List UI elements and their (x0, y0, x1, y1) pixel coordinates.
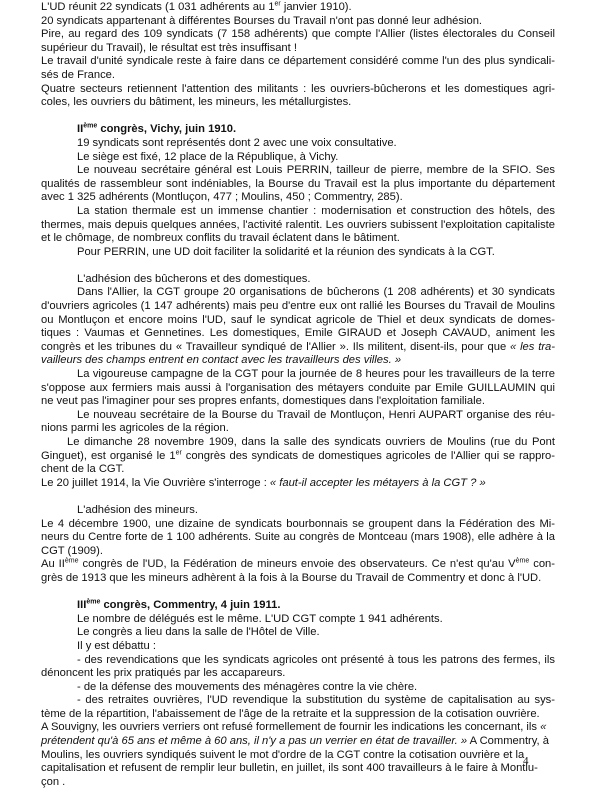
paragraph: Au IIème congrès de l'UD, la Fédération … (41, 558, 555, 585)
paragraph: Le nouveau secrétaire de la Bourse du Tr… (41, 409, 555, 436)
paragraph: Le 4 décembre 1900, une dizaine de syndi… (41, 518, 555, 559)
paragraph: La station thermale est un immense chant… (41, 205, 555, 246)
page-number: 4 (523, 755, 529, 767)
list-item: - des retraites ouvrières, l'UD revendiq… (41, 694, 555, 721)
paragraph: Le nouveau secrétaire général est Louis … (41, 164, 555, 205)
paragraph-unite: Le travail d'unité syndicale reste à fai… (41, 55, 555, 82)
document-page: L'UD réunit 22 syndicats (1 031 adhérent… (41, 1, 555, 789)
paragraph: A Souvigny, les ouvriers verriers ont re… (41, 721, 555, 789)
paragraph: Le 20 juillet 1914, la Vie Ouvrière s'in… (41, 477, 555, 491)
spacer (41, 586, 555, 600)
paragraph-bourses: 20 syndicats appartenant à différentes B… (41, 15, 555, 29)
spacer (41, 490, 555, 504)
section-title-mineurs: L'adhésion des mineurs. (41, 504, 555, 518)
section-title-bucherons: L'adhésion des bûcherons et des domestiq… (41, 273, 555, 287)
spacer (41, 259, 555, 273)
paragraph: La vigoureuse campagne de la CGT pour la… (41, 368, 555, 409)
paragraph: 19 syndicats sont représentés dont 2 ave… (41, 137, 555, 151)
list-item: - des revendications que les syndicats a… (41, 654, 555, 681)
paragraph: Le siège est fixé, 12 place de la Républ… (41, 151, 555, 165)
paragraph: Le nombre de délégués est le même. L'UD … (41, 613, 555, 627)
paragraph-allier-count: Pire, au regard des 109 syndicats (7 158… (41, 28, 555, 55)
list-item: - de la défense des mouvements des ménag… (41, 681, 555, 695)
spacer (41, 110, 555, 124)
paragraph-ud-membership: L'UD réunit 22 syndicats (1 031 adhérent… (41, 1, 555, 15)
paragraph: Dans l'Allier, la CGT groupe 20 organisa… (41, 286, 555, 368)
section-heading-congress-3: IIIème congrès, Commentry, 4 juin 1911. (41, 599, 555, 613)
section-heading-congress-2: IIème congrès, Vichy, juin 1910. (41, 123, 555, 137)
paragraph: Le congrès a lieu dans la salle de l'Hôt… (41, 626, 555, 640)
paragraph: Le dimanche 28 novembre 1909, dans la sa… (41, 436, 555, 477)
paragraph: Il y est débattu : (41, 640, 555, 654)
paragraph: Pour PERRIN, une UD doit faciliter la so… (41, 246, 555, 260)
paragraph-secteurs: Quatre secteurs retiennent l'attention d… (41, 83, 555, 110)
